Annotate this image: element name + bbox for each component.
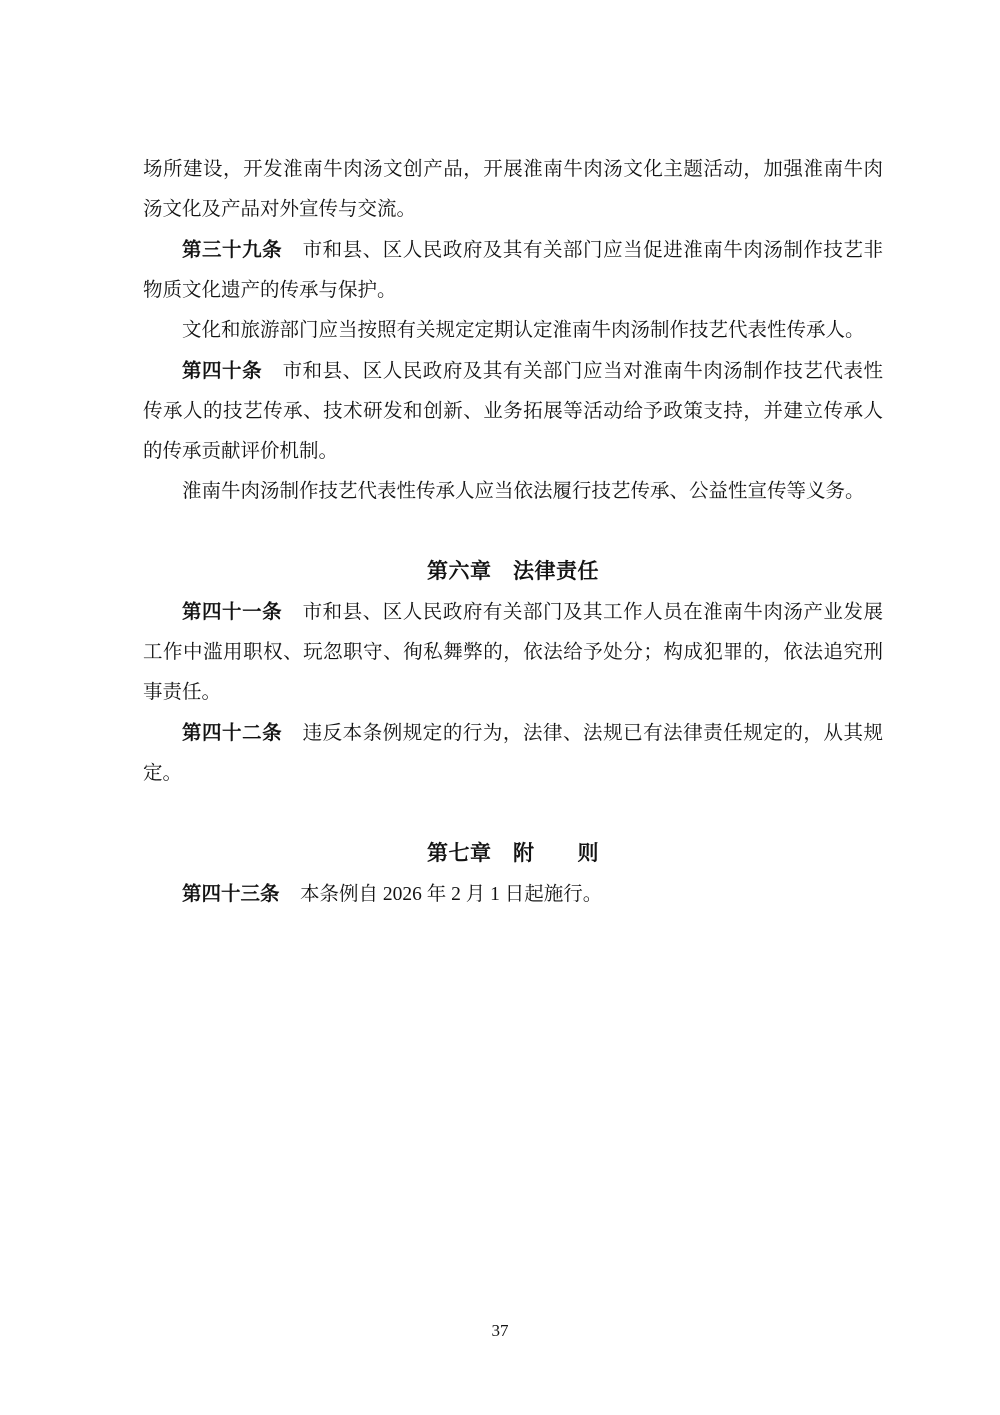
article-paragraph: 第四十条市和县、区人民政府及其有关部门应当对淮南牛肉汤制作技艺代表性传承人的技艺… bbox=[143, 351, 883, 472]
article-paragraph: 第四十三条本条例自 2026 年 2 月 1 日起施行。 bbox=[143, 874, 883, 915]
chapter-heading: 第六章 法律责任 bbox=[143, 552, 883, 592]
article-paragraph: 第四十二条违反本条例规定的行为，法律、法规已有法律责任规定的，从其规定。 bbox=[143, 713, 883, 794]
page-number: 37 bbox=[0, 1320, 1000, 1342]
article-text: 本条例自 2026 年 2 月 1 日起施行。 bbox=[300, 884, 602, 905]
paragraph: 淮南牛肉汤制作技艺代表性传承人应当依法履行技艺传承、公益性宣传等义务。 bbox=[143, 472, 883, 512]
article-number: 第四十一条 bbox=[182, 601, 282, 623]
article-number: 第三十九条 bbox=[182, 239, 282, 261]
paragraph: 文化和旅游部门应当按照有关规定定期认定淮南牛肉汤制作技艺代表性传承人。 bbox=[143, 311, 883, 351]
chapter-heading: 第七章 附 则 bbox=[143, 834, 883, 874]
article-number: 第四十条 bbox=[182, 360, 262, 382]
article-number: 第四十三条 bbox=[182, 883, 280, 905]
article-paragraph: 第三十九条市和县、区人民政府及其有关部门应当促进淮南牛肉汤制作技艺非物质文化遗产… bbox=[143, 230, 883, 311]
article-paragraph: 第四十一条市和县、区人民政府有关部门及其工作人员在淮南牛肉汤产业发展工作中滥用职… bbox=[143, 592, 883, 713]
document-page: 场所建设，开发淮南牛肉汤文创产品，开展淮南牛肉汤文化主题活动，加强淮南牛肉汤文化… bbox=[0, 0, 1000, 1415]
article-number: 第四十二条 bbox=[182, 722, 282, 744]
text-column: 场所建设，开发淮南牛肉汤文创产品，开展淮南牛肉汤文化主题活动，加强淮南牛肉汤文化… bbox=[143, 150, 883, 915]
paragraph: 场所建设，开发淮南牛肉汤文创产品，开展淮南牛肉汤文化主题活动，加强淮南牛肉汤文化… bbox=[143, 150, 883, 230]
